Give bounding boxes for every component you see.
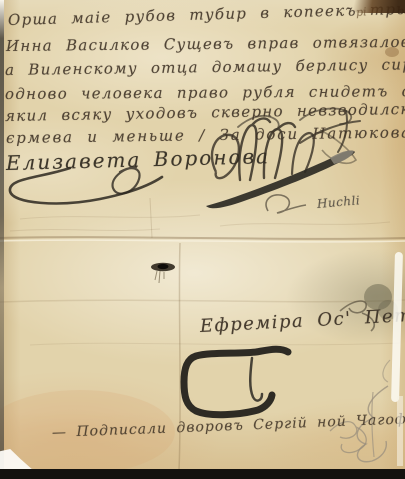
dark-backing-strip [0, 469, 405, 479]
torn-edge-right-lower [397, 396, 403, 466]
burnt-corner-top-right [350, 0, 405, 13]
handwriting-line-4: одново человека право рубля снидетъ одна… [5, 82, 405, 103]
paper-edge-left [0, 0, 4, 479]
manuscript-scan: рі Орша маіе рубов тубир в копеекъ тры И… [0, 0, 405, 479]
